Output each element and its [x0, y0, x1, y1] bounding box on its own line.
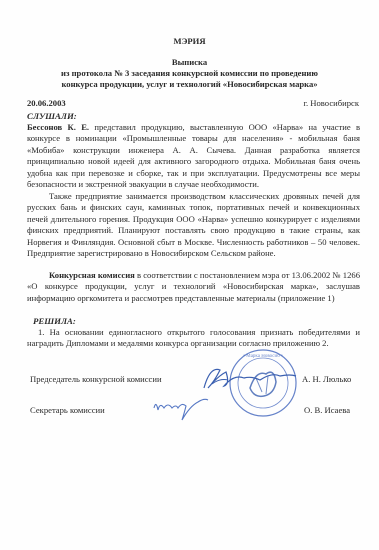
doc-type: Выписка — [0, 57, 379, 68]
subtitle-line2: конкурса продукции, услуг и технологий «… — [0, 79, 379, 90]
decided-heading: РЕШИЛА: — [33, 316, 76, 326]
decided-item-1: 1. На основании единогласного открытого … — [27, 327, 360, 350]
svg-text:• Марка Новосиб •: • Марка Новосиб • — [243, 354, 283, 359]
subtitle-line1: из протокола № 3 заседания конкурсной ко… — [0, 68, 379, 79]
secretary-title: Секретарь комиссии — [30, 405, 105, 415]
secretary-name: О. В. Исаева — [304, 405, 350, 415]
commission-label: Конкурсная комиссия — [49, 270, 135, 280]
commission-paragraph: Конкурсная комиссия в соответствии с пос… — [27, 270, 360, 304]
document-page: МЭРИЯ Выписка из протокола № 3 заседания… — [0, 0, 379, 550]
heard-paragraph-2: Также предприятие занимается производств… — [27, 191, 360, 259]
heard-heading: СЛУШАЛИ: — [27, 111, 77, 121]
chair-title: Председатель конкурсной комиссии — [30, 374, 162, 384]
heard-text-1: представил продукцию, выставленную ООО «… — [27, 122, 360, 189]
chair-signature-icon — [200, 362, 300, 394]
speaker-name: Бессонов К. Е. — [27, 122, 89, 132]
secretary-signature-icon — [150, 392, 210, 424]
doc-place: г. Новосибирск — [303, 98, 359, 108]
heard-paragraph-1: Бессонов К. Е. представил продукцию, выс… — [27, 122, 360, 190]
chair-name: А. Н. Люлько — [302, 374, 351, 384]
org-title: МЭРИЯ — [0, 36, 379, 47]
doc-date: 20.06.2003 — [27, 98, 66, 108]
